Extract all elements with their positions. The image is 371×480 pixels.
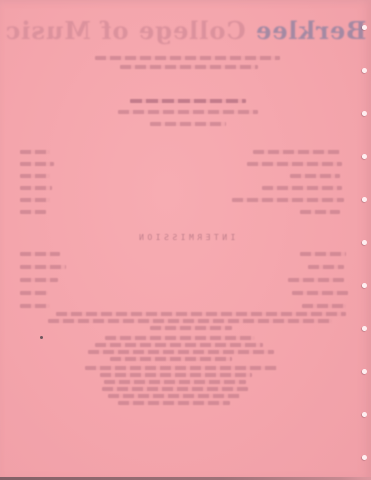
- bleed-text-line: [20, 174, 50, 178]
- bleed-text-line: [118, 110, 258, 114]
- binder-hole: [362, 197, 367, 202]
- bleed-text-line: [118, 401, 230, 405]
- bleed-text-line: [110, 357, 232, 361]
- bleed-text-line: [100, 373, 252, 377]
- bleed-text-line: [130, 99, 246, 103]
- bleed-text-line: [150, 122, 226, 126]
- binder-hole: [362, 326, 367, 331]
- bleed-text-line: [56, 312, 346, 316]
- bleed-text-line: [20, 252, 60, 256]
- bleed-text-line: [120, 65, 258, 69]
- bleed-text-line: [288, 278, 344, 282]
- bleed-text-line: [20, 162, 54, 166]
- bleed-text-line: [102, 387, 248, 391]
- bleed-text-line: [20, 198, 50, 202]
- binder-hole: [362, 369, 367, 374]
- bleed-text-line: [20, 278, 58, 282]
- bleed-text-line: [88, 350, 274, 354]
- bleed-text-line: [105, 336, 255, 340]
- bleed-text-line: [247, 162, 342, 166]
- binder-hole: [362, 283, 367, 288]
- binder-hole: [362, 455, 367, 460]
- intermission-label: INTERMISSION: [0, 233, 371, 242]
- bleed-text-line: [253, 150, 340, 154]
- bleed-text-line: [262, 186, 342, 190]
- bleed-text-line: [95, 343, 263, 347]
- pink-program-sheet: Berklee College of Music INTERMISSION: [0, 0, 371, 480]
- bleed-text-line: [150, 326, 232, 330]
- binder-hole: [362, 412, 367, 417]
- bleed-text-line: [20, 304, 50, 308]
- bleed-text-line: [20, 150, 50, 154]
- binder-hole: [362, 154, 367, 159]
- bleed-text-line: [300, 210, 340, 214]
- masthead-bold-word: Berklee: [255, 16, 366, 45]
- bleed-text-line: [85, 366, 277, 370]
- bleed-text-line: [95, 56, 280, 60]
- bleed-text-line: [20, 186, 52, 190]
- bleed-text-line: [300, 252, 346, 256]
- bleed-text-line: [108, 394, 240, 398]
- masthead-light-words: College of Music: [5, 16, 255, 45]
- bleed-text-line: [48, 319, 332, 323]
- bleed-text-line: [292, 291, 348, 295]
- bleed-text-line: [232, 198, 344, 202]
- bleed-text-line: [20, 265, 66, 269]
- bleed-text-line: [308, 265, 344, 269]
- bleed-text-line: [20, 210, 46, 214]
- binder-hole: [362, 111, 367, 116]
- ink-speck: [40, 336, 43, 339]
- binder-hole: [362, 25, 367, 30]
- masthead-mirrored-title: Berklee College of Music: [0, 16, 371, 45]
- bleed-text-line: [104, 380, 246, 384]
- binder-hole: [362, 68, 367, 73]
- binder-hole: [362, 240, 367, 245]
- bleed-text-line: [290, 174, 340, 178]
- bleed-text-line: [302, 304, 346, 308]
- bleed-text-line: [20, 291, 48, 295]
